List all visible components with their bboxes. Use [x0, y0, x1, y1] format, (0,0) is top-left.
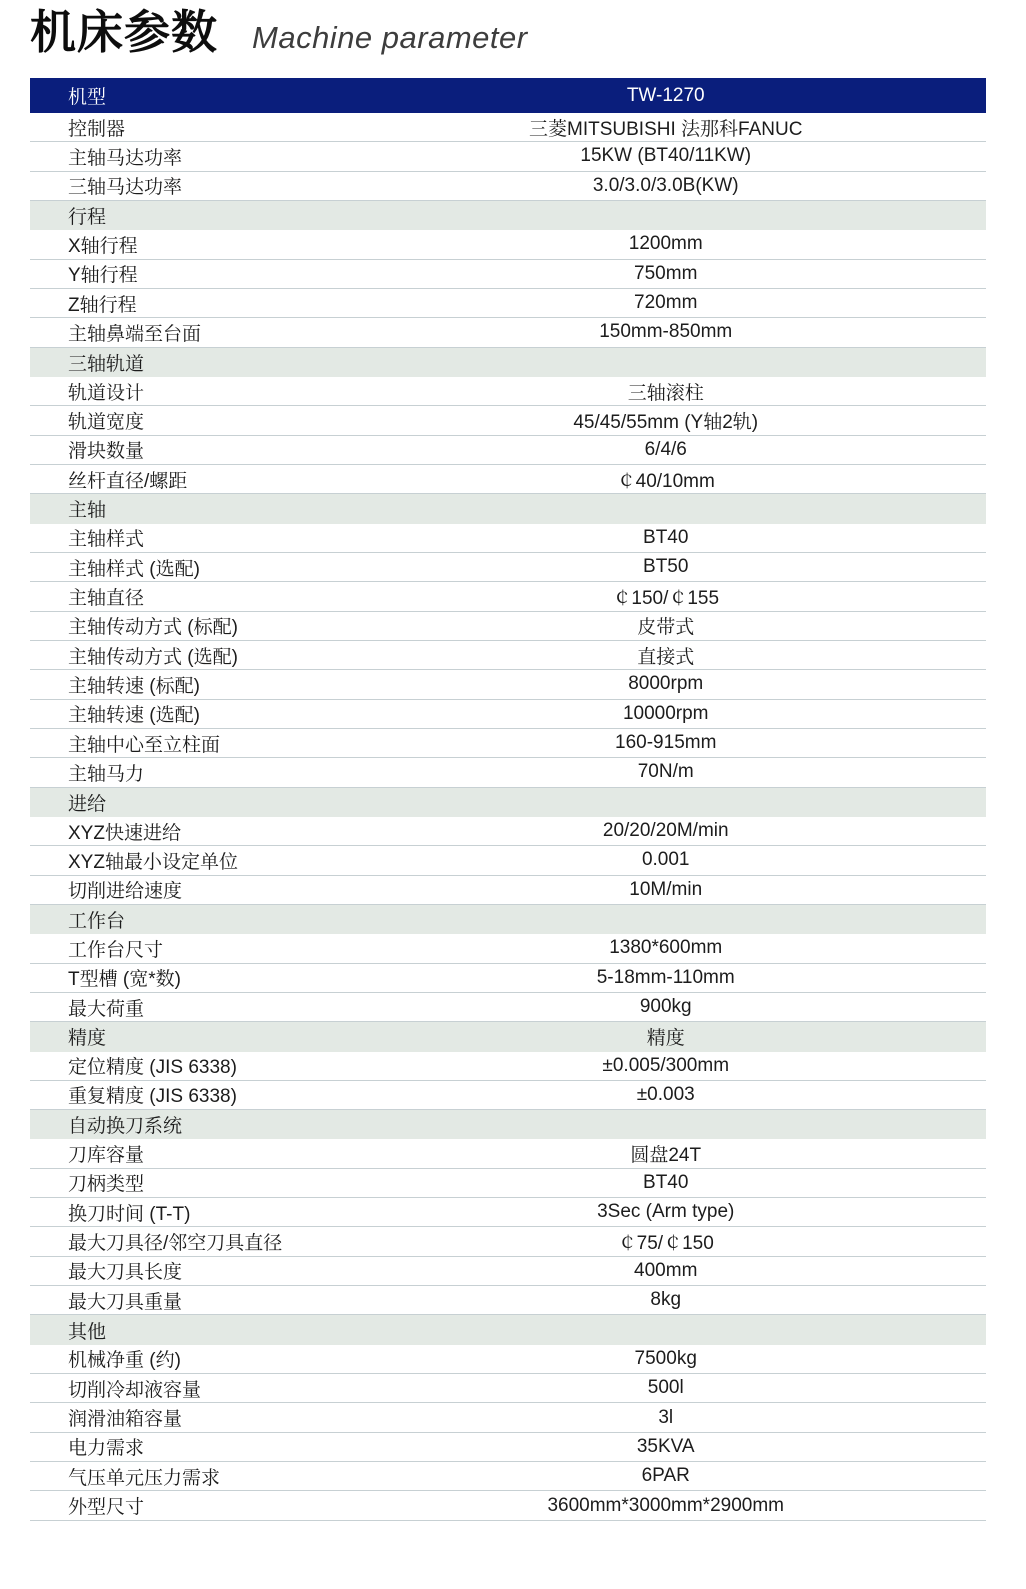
param-label: 切削进给速度 — [30, 876, 345, 903]
table-row: 主轴马达功率 15KW (BT40/11KW) — [30, 142, 986, 171]
param-value: TW-1270 — [345, 85, 986, 107]
param-label: 主轴转速 (选配) — [30, 700, 345, 727]
section-title: 其他 — [30, 1317, 345, 1344]
table-row: 主轴转速 (选配) 10000rpm — [30, 700, 986, 729]
param-value: 720mm — [345, 292, 986, 314]
param-value: BT40 — [345, 1172, 986, 1194]
param-value: 圆盘24T — [345, 1140, 986, 1167]
machine-parameter-table: 机型 TW-1270 控制器 三菱MITSUBISHI 法那科FANUC 主轴马… — [30, 78, 986, 1521]
table-row: 换刀时间 (T-T) 3Sec (Arm type) — [30, 1198, 986, 1227]
page-title-chinese: 机床参数 — [30, 4, 218, 62]
param-value: 3.0/3.0/3.0B(KW) — [345, 175, 986, 197]
param-value: 直接式 — [345, 642, 986, 669]
section-title: 进给 — [30, 789, 345, 816]
table-row: 重复精度 (JIS 6338) ±0.003 — [30, 1081, 986, 1110]
param-label: 润滑油箱容量 — [30, 1404, 345, 1431]
page-title: 机床参数 Machine parameter — [30, 4, 528, 62]
section-row-feed: 进给 — [30, 788, 986, 817]
table-row: 主轴中心至立柱面 160-915mm — [30, 729, 986, 758]
param-label: 外型尺寸 — [30, 1492, 345, 1519]
table-row: 电力需求 35KVA — [30, 1433, 986, 1462]
section-title: 精度 — [30, 1023, 345, 1050]
param-label: 主轴传动方式 (标配) — [30, 612, 345, 639]
param-label: 主轴传动方式 (选配) — [30, 642, 345, 669]
param-value: 500l — [345, 1377, 986, 1399]
param-value: 0.001 — [345, 849, 986, 871]
param-value: 10M/min — [345, 879, 986, 901]
spec-sheet-page: 机床参数 Machine parameter 机型 TW-1270 控制器 三菱… — [0, 0, 1026, 1589]
section-row-other: 其他 — [30, 1315, 986, 1344]
param-value: 10000rpm — [345, 703, 986, 725]
param-label: X轴行程 — [30, 231, 345, 258]
param-label: 最大刀具重量 — [30, 1287, 345, 1314]
param-label: 丝杆直径/螺距 — [30, 466, 345, 493]
param-label: 刀柄类型 — [30, 1169, 345, 1196]
table-row: 机械净重 (约) 7500kg — [30, 1345, 986, 1374]
param-label: 电力需求 — [30, 1433, 345, 1460]
table-row: 切削进给速度 10M/min — [30, 876, 986, 905]
table-row: 最大刀具重量 8kg — [30, 1286, 986, 1315]
table-row: 刀库容量 圆盘24T — [30, 1139, 986, 1168]
table-row: 主轴转速 (标配) 8000rpm — [30, 670, 986, 699]
table-row: 气压单元压力需求 6PAR — [30, 1462, 986, 1491]
section-row-guideways: 三轴轨道 — [30, 348, 986, 377]
param-label: 机型 — [30, 82, 345, 109]
table-row: 工作台尺寸 1380*600mm — [30, 934, 986, 963]
table-row: X轴行程 1200mm — [30, 230, 986, 259]
param-label: 换刀时间 (T-T) — [30, 1199, 345, 1226]
table-row: 丝杆直径/螺距 ￠40/10mm — [30, 465, 986, 494]
param-label: 主轴中心至立柱面 — [30, 730, 345, 757]
param-value: 3l — [345, 1407, 986, 1429]
param-label: 轨道宽度 — [30, 407, 345, 434]
table-row: 主轴样式 (选配) BT50 — [30, 553, 986, 582]
param-value: 6/4/6 — [345, 439, 986, 461]
table-row: 滑块数量 6/4/6 — [30, 436, 986, 465]
table-row: 外型尺寸 3600mm*3000mm*2900mm — [30, 1491, 986, 1520]
param-label: XYZ快速进给 — [30, 818, 345, 845]
table-row: 轨道设计 三轴滚柱 — [30, 377, 986, 406]
param-value: 5-18mm-110mm — [345, 967, 986, 989]
param-value: 三菱MITSUBISHI 法那科FANUC — [345, 114, 986, 141]
section-row-travel: 行程 — [30, 201, 986, 230]
table-row: 最大荷重 900kg — [30, 993, 986, 1022]
param-value: 7500kg — [345, 1348, 986, 1370]
param-label: Y轴行程 — [30, 260, 345, 287]
param-label: 轨道设计 — [30, 378, 345, 405]
param-label: 定位精度 (JIS 6338) — [30, 1052, 345, 1079]
param-label: 滑块数量 — [30, 436, 345, 463]
param-value: 3600mm*3000mm*2900mm — [345, 1495, 986, 1517]
table-row: 主轴马力 70N/m — [30, 758, 986, 787]
section-title: 主轴 — [30, 495, 345, 522]
table-row: 控制器 三菱MITSUBISHI 法那科FANUC — [30, 113, 986, 142]
param-value: BT40 — [345, 527, 986, 549]
param-label: 主轴样式 — [30, 524, 345, 551]
param-value: ±0.003 — [345, 1084, 986, 1106]
param-label: Z轴行程 — [30, 290, 345, 317]
param-value: 750mm — [345, 263, 986, 285]
table-row: Z轴行程 720mm — [30, 289, 986, 318]
section-row-atc: 自动换刀系统 — [30, 1110, 986, 1139]
table-row: 刀柄类型 BT40 — [30, 1169, 986, 1198]
param-label: 主轴马达功率 — [30, 143, 345, 170]
table-row: T型槽 (宽*数) 5-18mm-110mm — [30, 964, 986, 993]
param-value: 35KVA — [345, 1436, 986, 1458]
param-value: 15KW (BT40/11KW) — [345, 145, 986, 167]
param-value: ￠150/￠155 — [345, 583, 986, 610]
param-label: 切削冷却液容量 — [30, 1375, 345, 1402]
table-row: XYZ轴最小设定单位 0.001 — [30, 846, 986, 875]
table-row: 最大刀具长度 400mm — [30, 1257, 986, 1286]
param-label: 主轴直径 — [30, 583, 345, 610]
table-row: 最大刀具径/邻空刀具直径 ￠75/￠150 — [30, 1227, 986, 1256]
table-row: 主轴鼻端至台面 150mm-850mm — [30, 318, 986, 347]
param-label: 最大刀具长度 — [30, 1257, 345, 1284]
param-label: 最大荷重 — [30, 994, 345, 1021]
table-row: 主轴传动方式 (选配) 直接式 — [30, 641, 986, 670]
table-row: Y轴行程 750mm — [30, 260, 986, 289]
param-value: 8kg — [345, 1289, 986, 1311]
section-row-worktable: 工作台 — [30, 905, 986, 934]
page-title-english: Machine parameter — [252, 20, 528, 56]
param-value: 1380*600mm — [345, 937, 986, 959]
section-title: 三轴轨道 — [30, 349, 345, 376]
table-row: 主轴直径 ￠150/￠155 — [30, 582, 986, 611]
section-title: 行程 — [30, 202, 345, 229]
param-label: 控制器 — [30, 114, 345, 141]
param-value: 6PAR — [345, 1465, 986, 1487]
table-row: 切削冷却液容量 500l — [30, 1374, 986, 1403]
section-title: 工作台 — [30, 906, 345, 933]
param-value: ±0.005/300mm — [345, 1055, 986, 1077]
section-row-accuracy: 精度 精度 — [30, 1022, 986, 1051]
param-label: 刀库容量 — [30, 1140, 345, 1167]
param-label: 三轴马达功率 — [30, 172, 345, 199]
param-label: 主轴转速 (标配) — [30, 671, 345, 698]
param-value: ￠75/￠150 — [345, 1228, 986, 1255]
param-value: 900kg — [345, 996, 986, 1018]
table-row: 主轴传动方式 (标配) 皮带式 — [30, 612, 986, 641]
param-value: 160-915mm — [345, 732, 986, 754]
param-value: 70N/m — [345, 761, 986, 783]
param-value: 8000rpm — [345, 673, 986, 695]
param-label: 工作台尺寸 — [30, 935, 345, 962]
param-value: 3Sec (Arm type) — [345, 1201, 986, 1223]
param-value: 三轴滚柱 — [345, 378, 986, 405]
section-title: 自动换刀系统 — [30, 1111, 345, 1138]
param-label: 主轴样式 (选配) — [30, 554, 345, 581]
param-label: 最大刀具径/邻空刀具直径 — [30, 1228, 345, 1255]
section-value: 精度 — [345, 1023, 986, 1050]
param-label: 主轴鼻端至台面 — [30, 319, 345, 346]
param-label: 气压单元压力需求 — [30, 1463, 345, 1490]
param-value: 400mm — [345, 1260, 986, 1282]
param-value: 20/20/20M/min — [345, 820, 986, 842]
param-value: 150mm-850mm — [345, 321, 986, 343]
param-value: ￠40/10mm — [345, 466, 986, 493]
param-label: XYZ轴最小设定单位 — [30, 847, 345, 874]
param-label: 机械净重 (约) — [30, 1345, 345, 1372]
param-value: BT50 — [345, 556, 986, 578]
param-label: 主轴马力 — [30, 759, 345, 786]
param-label: 重复精度 (JIS 6338) — [30, 1081, 345, 1108]
table-row: XYZ快速进给 20/20/20M/min — [30, 817, 986, 846]
param-label: T型槽 (宽*数) — [30, 964, 345, 991]
table-row: 三轴马达功率 3.0/3.0/3.0B(KW) — [30, 172, 986, 201]
table-row-model-header: 机型 TW-1270 — [30, 78, 986, 113]
table-row: 轨道宽度 45/45/55mm (Y轴2轨) — [30, 406, 986, 435]
table-row: 定位精度 (JIS 6338) ±0.005/300mm — [30, 1052, 986, 1081]
param-value: 1200mm — [345, 233, 986, 255]
param-value: 45/45/55mm (Y轴2轨) — [345, 407, 986, 434]
param-value: 皮带式 — [345, 612, 986, 639]
table-row: 润滑油箱容量 3l — [30, 1403, 986, 1432]
table-row: 主轴样式 BT40 — [30, 524, 986, 553]
section-row-spindle: 主轴 — [30, 494, 986, 523]
